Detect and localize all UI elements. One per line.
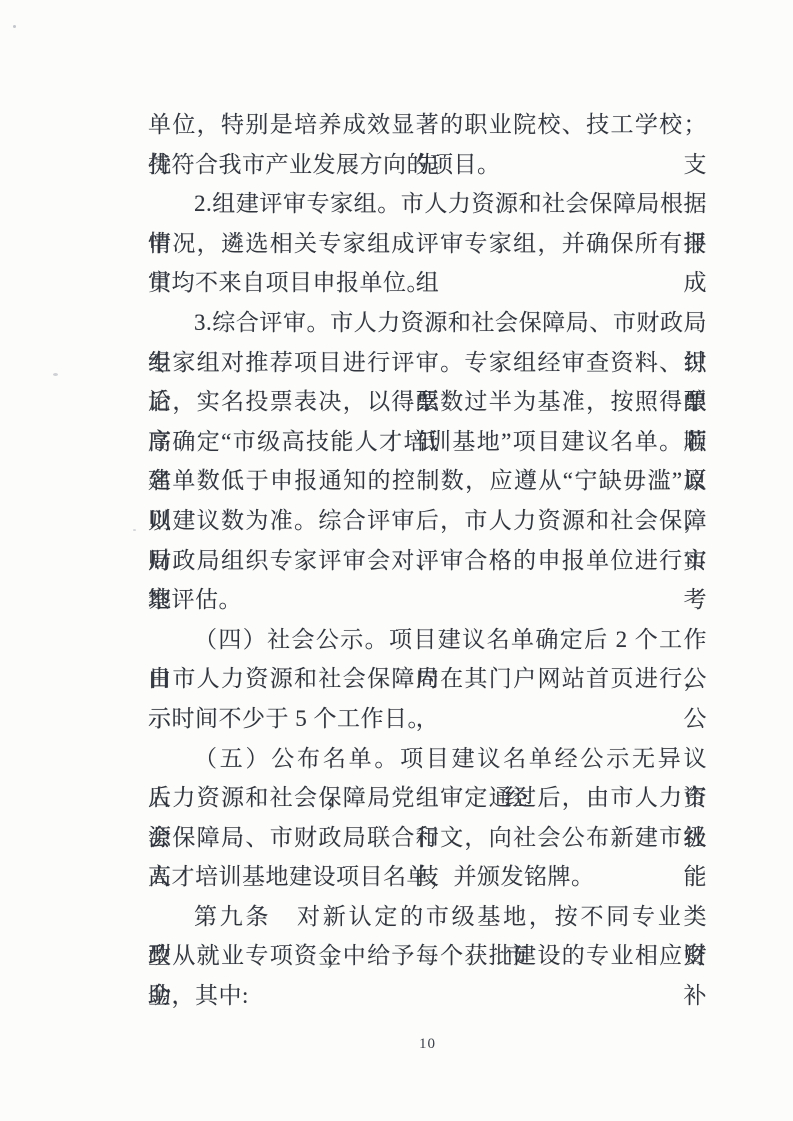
text-line: 名单数低于申报通知的控制数，应遵从“宁缺毋滥”原则， — [148, 461, 707, 501]
scan-speck — [13, 25, 16, 28]
text-line: 后，实名投票表决，以得票数过半为基准，按照得票高低顺 — [148, 382, 707, 422]
text-line: （四）社会公示。项目建议名单确定后 2 个工作日内， — [148, 620, 707, 660]
scan-speck — [53, 373, 58, 376]
page-number: 10 — [148, 1036, 707, 1053]
text-line: 专家组对推荐项目进行评审。专家组经审查资料、讨论酝酿 — [148, 343, 707, 383]
text-line: 财政局组织专家评审会对评审合格的申报单位进行实地考 — [148, 541, 707, 581]
text-line: 单位，特别是培养成效显著的职业院校、技工学校；优先支 — [148, 105, 707, 145]
text-line: 由市人力资源和社会保障局在其门户网站首页进行公示，公 — [148, 659, 707, 699]
text-line: 政从就业专项资金中给予每个获批建设的专业相应资金补 — [148, 936, 707, 976]
text-line: 人力资源和社会保障局党组审定通过后，由市人力资源和社 — [148, 778, 707, 818]
document-body: 单位，特别是培养成效显著的职业院校、技工学校；优先支持符合我市产业发展方向的项目… — [148, 105, 707, 1016]
text-line: 3.综合评审。市人力资源和社会保障局、市财政局组织 — [148, 303, 707, 343]
text-line: （五）公布名单。项目建议名单经公示无异议后，经市 — [148, 739, 707, 779]
document-page: 单位，特别是培养成效显著的职业院校、技工学校；优先支持符合我市产业发展方向的项目… — [0, 0, 793, 1121]
text-line: 第九条 对新认定的市级基地，按不同专业类型，市财 — [148, 897, 707, 937]
scan-speck — [133, 529, 136, 531]
text-line: 以建议数为准。综合评审后，市人力资源和社会保障局、市 — [148, 501, 707, 541]
text-line: 序确定“市级高技能人才培训基地”项目建议名单。若建议 — [148, 422, 707, 462]
text-line: 情况，遴选相关专家组成评审专家组，并确保所有评审组成 — [148, 224, 707, 264]
text-line: 会保障局、市财政局联合行文，向社会公布新建市级高技能 — [148, 818, 707, 858]
text-line: 2.组建评审专家组。市人力资源和社会保障局根据申报 — [148, 184, 707, 224]
